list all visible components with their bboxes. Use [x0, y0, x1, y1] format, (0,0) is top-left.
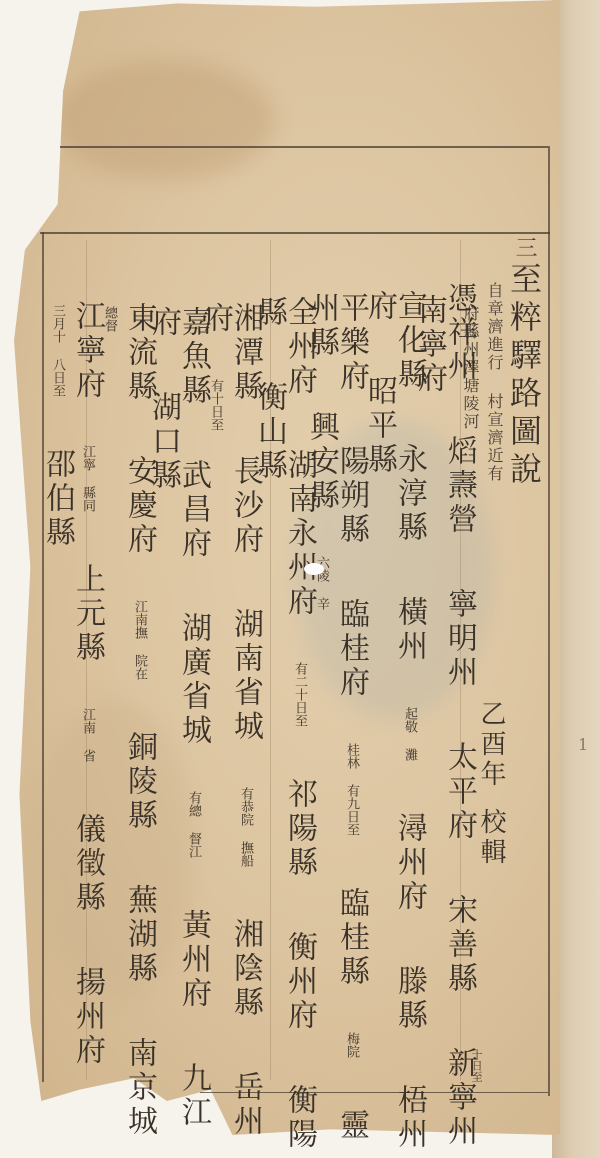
place-name: 宋善縣 — [442, 894, 477, 996]
place-name: 祁陽縣 — [282, 778, 317, 880]
place-name: 安慶府 — [122, 455, 157, 557]
place-name: 平樂府 — [334, 292, 369, 394]
place-name: 南京城 — [122, 1037, 157, 1139]
place-name: 衡州府 — [282, 931, 317, 1033]
annotation: 有恭院 撫船 — [238, 787, 252, 867]
annotation: 三月十 八日至 — [50, 304, 64, 397]
place-name: 臨桂縣 — [334, 887, 369, 989]
right-border-rule — [548, 146, 550, 1096]
place-name: 臨桂府 — [334, 598, 369, 700]
place-name: 蕪湖縣 — [122, 884, 157, 986]
top-border-rule — [60, 146, 548, 148]
place-name: 嘉魚縣 — [176, 306, 211, 408]
place-name: 湖南永州府 — [282, 449, 317, 619]
place-name: 湘陰縣 — [228, 918, 263, 1020]
place-name: 滕縣 — [392, 965, 427, 1033]
paper-hole — [304, 563, 324, 575]
annotation: 起敬 灘 — [402, 707, 416, 761]
route-column-6: 嘉魚縣 武昌府 湖廣省城 有總 督江 黃州府 九江府 湖口縣 — [148, 306, 208, 1158]
place-name: 憑祥州 — [442, 282, 477, 384]
annotation: 江南撫 院在 — [132, 600, 146, 680]
place-name: 湘潭縣 — [228, 302, 263, 404]
place-name: 武昌府 — [176, 459, 211, 561]
place-name: 東流縣 — [122, 302, 157, 404]
place-name: 全州府 — [282, 296, 317, 398]
place-name: 橫州 — [392, 596, 427, 664]
annotation: 梅院 — [344, 1032, 358, 1058]
title-mark: 三 — [512, 236, 537, 262]
place-name: 潯州府 — [392, 812, 427, 914]
place-name: 永淳縣 — [392, 443, 427, 545]
place-name: 寧明州 — [442, 588, 477, 690]
route-column-2: 宣化縣 永淳縣 橫州 起敬 灘 潯州府 滕縣 梧州府 昭平縣 — [364, 290, 424, 1158]
preface-line: 自章濟進行 村宣濟近有 — [486, 282, 502, 483]
route-column-8: 江寧府 江寧 縣同 上元縣 江南 省 儀徵縣 揚州府 三月十 八日至 邵伯縣 — [42, 300, 102, 1158]
title-text: 至粹驛路圖說 — [505, 262, 543, 490]
annotation: 有二十日至 — [292, 662, 306, 727]
place-name: 黃州府 — [176, 909, 211, 1011]
place-name: 長沙府 — [228, 455, 263, 557]
place-name: 銅陵縣 — [122, 731, 157, 833]
place-name: 宣化縣 — [392, 290, 427, 392]
place-name: 邵伯縣 — [40, 448, 75, 550]
compiler-label: 校輯 — [476, 808, 506, 868]
place-name: 湖廣省城 — [176, 612, 211, 748]
annotation: 桂林 有九日至 — [344, 743, 358, 836]
annotation: 十日至 — [470, 1049, 482, 1082]
compiler-line: 乙酉年校輯 — [478, 700, 504, 868]
place-name: 江寧府 — [70, 300, 105, 402]
place-name: 陽朔縣 — [334, 445, 369, 547]
header-rule — [40, 232, 550, 234]
place-name: 揚州府 — [70, 966, 105, 1068]
annotation: 江寧 縣同 — [80, 445, 94, 512]
margin-mark: 1 — [578, 735, 588, 754]
place-name: 湖南省城 — [228, 608, 263, 744]
route-column-4: 全州府 湖南永州府 有二十日至 祁陽縣 衡州府 衡陽縣 衡山縣 — [254, 296, 314, 1158]
place-name: 上元縣 — [70, 563, 105, 665]
place-name: 太平府 — [442, 741, 477, 843]
annotation: 江南 省 — [80, 708, 94, 762]
compiler-year: 乙酉年 — [476, 700, 506, 790]
place-name: 熖燾營 — [442, 435, 477, 537]
document-title: 三至粹驛路圖說 — [508, 236, 540, 490]
paper-stain — [54, 60, 274, 180]
place-name: 儀徵縣 — [70, 813, 105, 915]
annotation: 有總 督江 — [186, 791, 200, 858]
